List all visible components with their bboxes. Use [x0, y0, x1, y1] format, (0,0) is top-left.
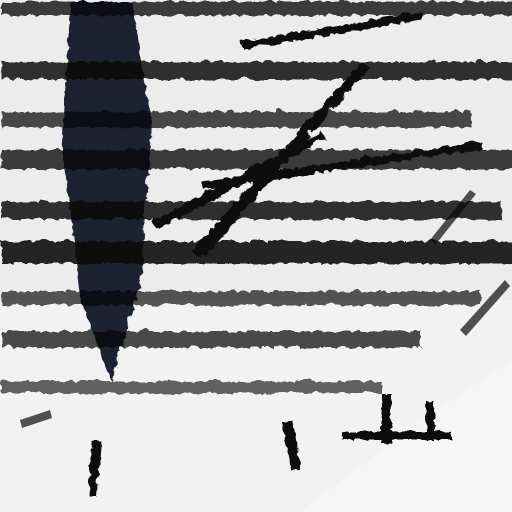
- ink-artwork: [0, 0, 512, 512]
- ink-strokes: [0, 0, 512, 512]
